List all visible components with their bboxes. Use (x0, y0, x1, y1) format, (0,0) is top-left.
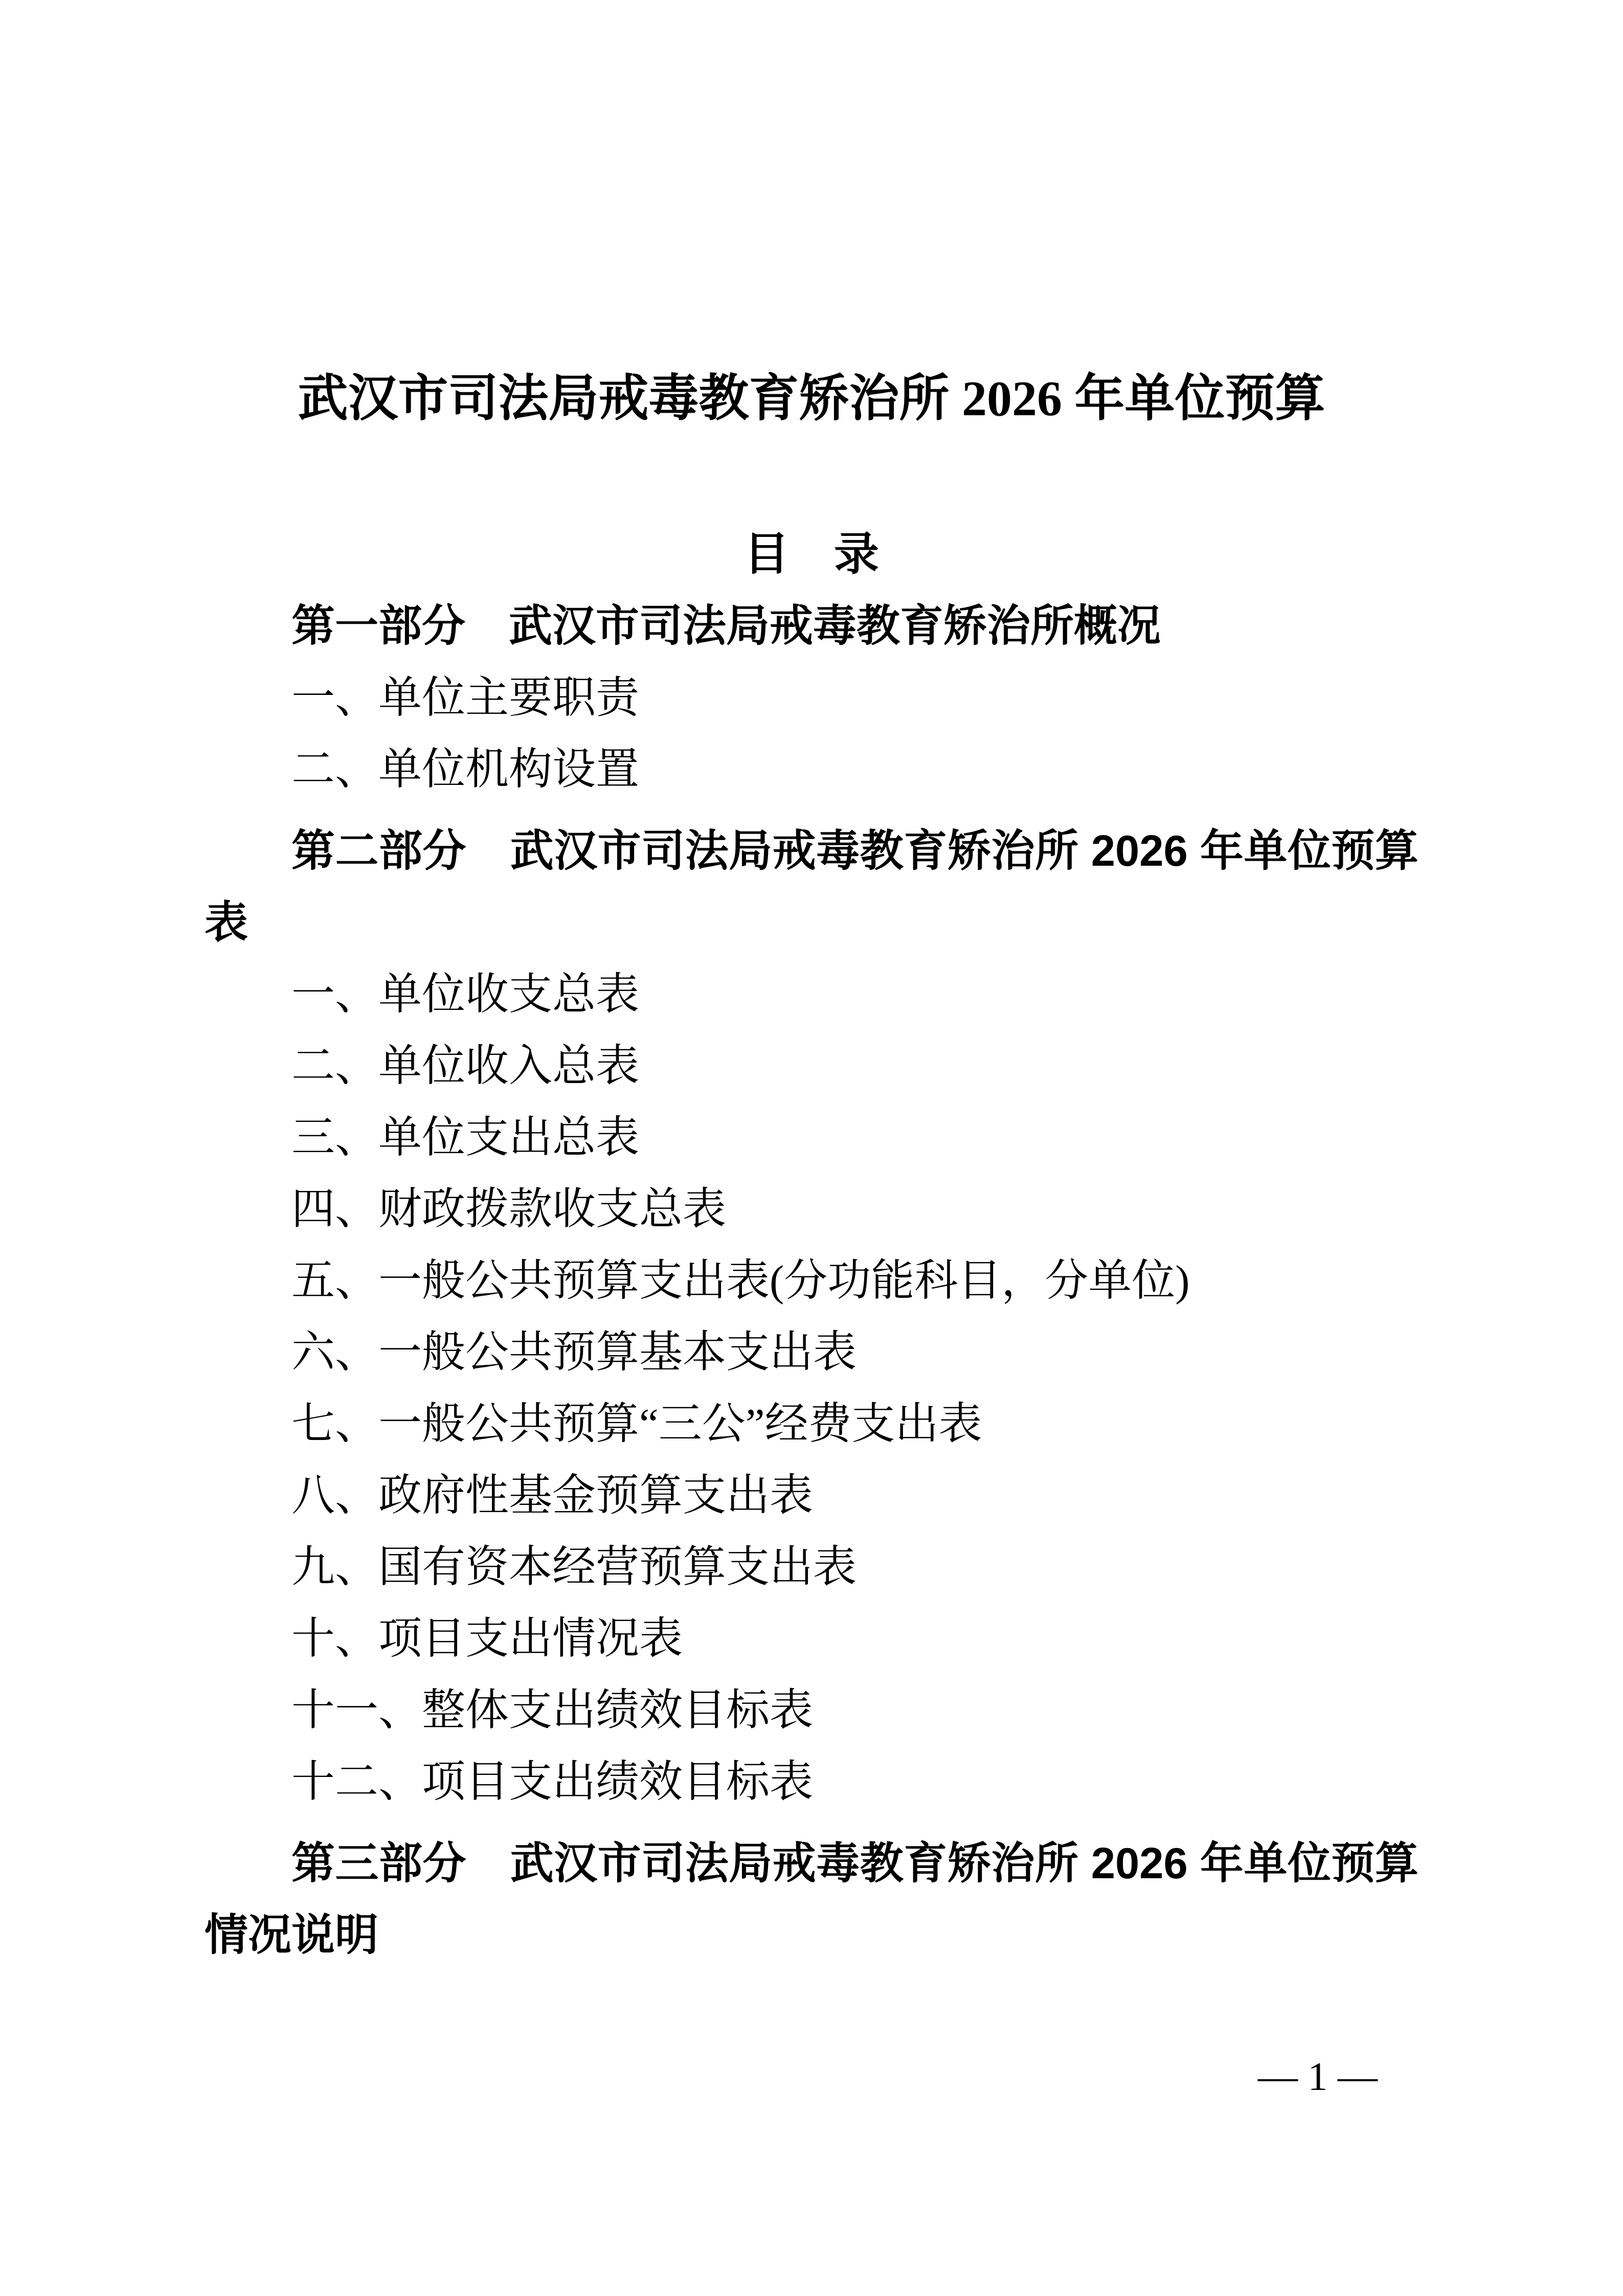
toc-item-part2-11: 十一、整体支出绩效目标表 (205, 1675, 1418, 1746)
toc-item-part2-9: 九、国有资本经营预算支出表 (205, 1532, 1418, 1603)
part2-heading-line1: 第二部分 武汉市司法局戒毒教育矫治所 2026 年单位预算 (205, 816, 1418, 887)
toc-item-part2-1: 一、单位收支总表 (205, 959, 1418, 1030)
toc-item-part2-10: 十、项目支出情况表 (205, 1603, 1418, 1675)
toc-item-part2-5: 五、一般公共预算支出表(分功能科目，分单位) (205, 1245, 1418, 1317)
toc-item-part2-3: 三、单位支出总表 (205, 1102, 1418, 1174)
toc-item-part2-12: 十二、项目支出绩效目标表 (205, 1746, 1418, 1818)
toc-item-part2-4: 四、财政拨款收支总表 (205, 1174, 1418, 1245)
document-page: 武汉市司法局戒毒教育矫治所 2026 年单位预算 目 录 第一部分 武汉市司法局… (0, 0, 1623, 2296)
page-number-row: — 1 — (205, 2040, 1418, 2112)
toc-item-part2-6: 六、一般公共预算基本支出表 (205, 1317, 1418, 1388)
part2-heading-line2: 表 (205, 887, 1418, 959)
toc-item-part1-2: 二、单位机构设置 (205, 734, 1418, 805)
toc-item-part2-2: 二、单位收入总表 (205, 1030, 1418, 1102)
document-title: 武汉市司法局戒毒教育矫治所 2026 年单位预算 (205, 363, 1418, 435)
toc-item-part1-1: 一、单位主要职责 (205, 662, 1418, 734)
toc-item-part2-8: 八、政府性基金预算支出表 (205, 1460, 1418, 1532)
part3-heading-line1: 第三部分 武汉市司法局戒毒教育矫治所 2026 年单位预算 (205, 1828, 1418, 1900)
toc-item-part2-7: 七、一般公共预算“三公”经费支出表 (205, 1388, 1418, 1460)
part3-heading-line2: 情况说明 (205, 1900, 1418, 1971)
part1-heading: 第一部分 武汉市司法局戒毒教育矫治所概况 (205, 591, 1418, 662)
toc-heading: 目 录 (205, 519, 1418, 591)
page-number: — 1 — (1258, 2054, 1378, 2098)
